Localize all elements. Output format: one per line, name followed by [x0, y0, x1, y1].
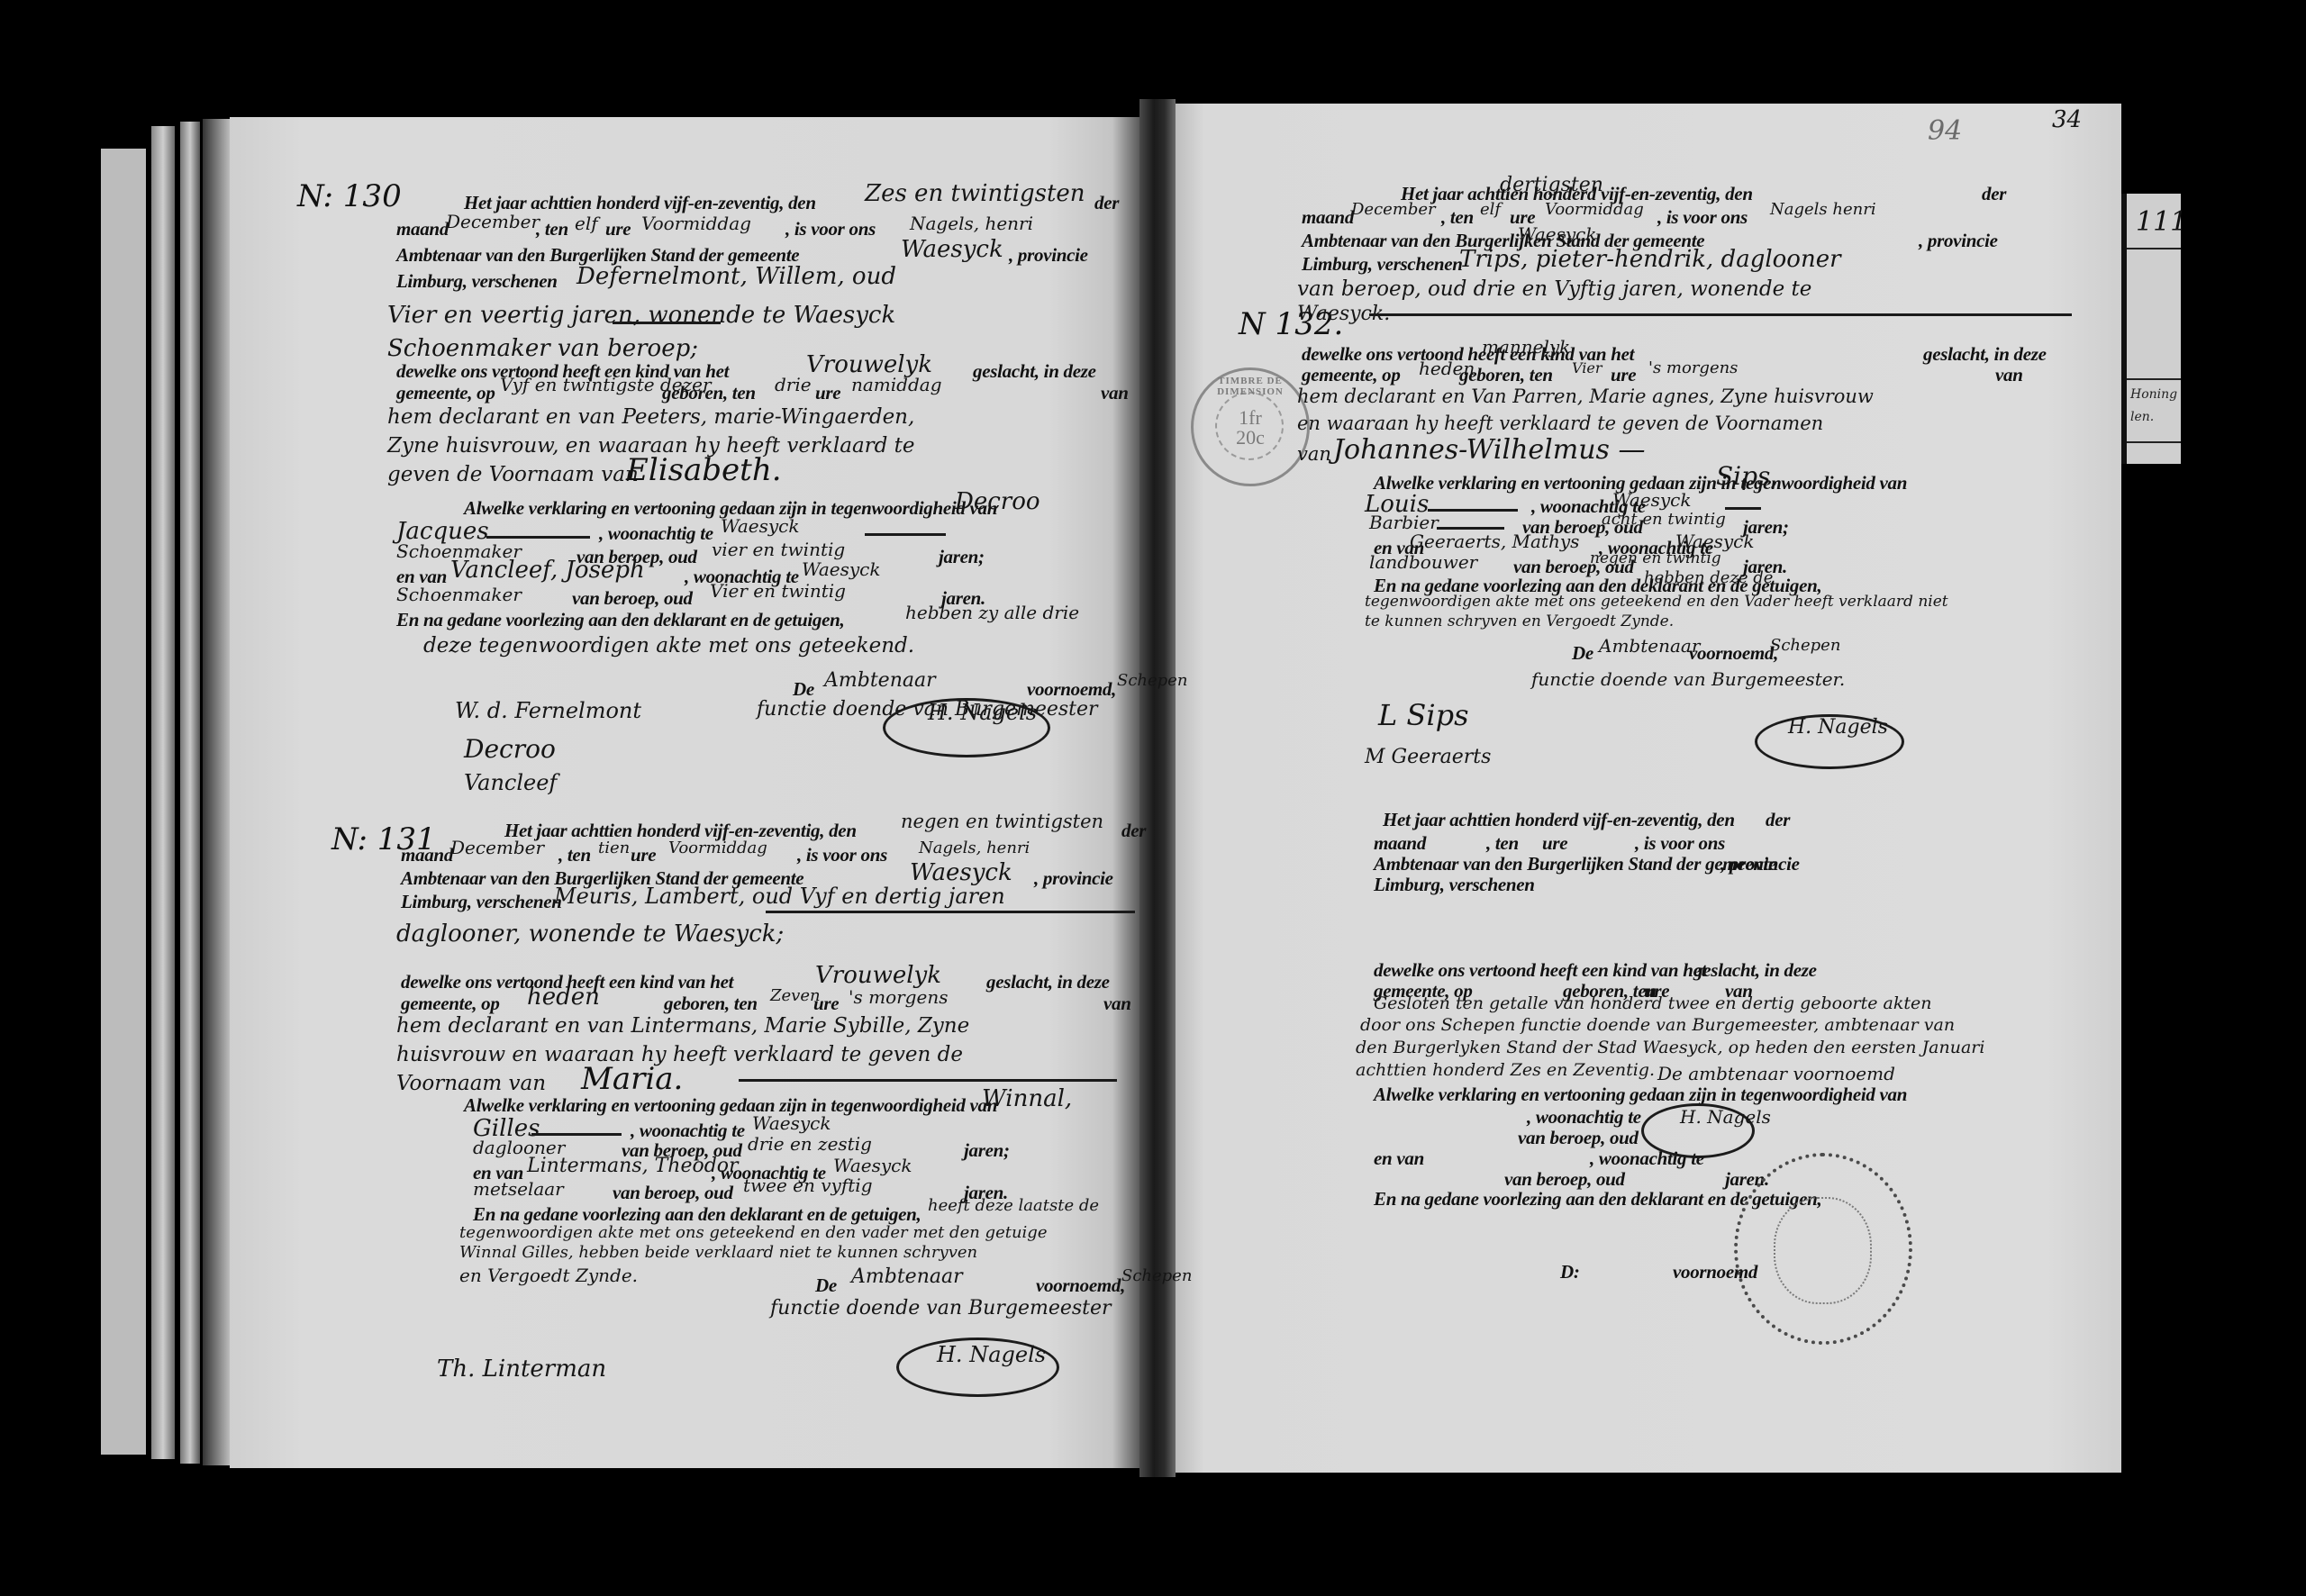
- form-text: ure: [631, 844, 656, 866]
- form-text: Limburg, verschenen: [1374, 874, 1535, 896]
- form-text: Ambtenaar van den Burgerlijken Stand der…: [1374, 853, 1776, 875]
- signature: Th. Linterman: [437, 1356, 606, 1383]
- duty-stamp-text: TIMBRE DE DIMENSION: [1201, 376, 1300, 397]
- record-parents: en waaraan hy heeft verklaard te geven d…: [1297, 413, 1823, 434]
- form-text: , is voor ons: [1657, 206, 1748, 229]
- form-text: jaren;: [939, 546, 985, 568]
- form-text: ure: [813, 993, 839, 1015]
- signature: M Geeraerts: [1365, 746, 1491, 768]
- municipal-seal: [1734, 1153, 1912, 1345]
- record-month: December: [446, 211, 540, 232]
- record-witness1-place: Waesyck: [721, 515, 799, 537]
- book-edge-strip: [151, 126, 175, 1459]
- record-witness2-occupation: Schoenmaker: [396, 584, 522, 605]
- record-witness2-age: twee en vyftig: [743, 1174, 873, 1196]
- form-text: voornoemd,: [1036, 1274, 1125, 1297]
- closing-note: den Burgerlyken Stand der Stad Waesyck, …: [1356, 1038, 1984, 1057]
- record-day: negen en twintigsten: [901, 811, 1103, 832]
- form-text: en van: [1374, 1147, 1424, 1170]
- form-text: , provincie: [1919, 230, 1998, 252]
- official-signature: H. Nagels: [1788, 716, 1888, 739]
- page-number: 34: [2052, 106, 2082, 133]
- form-text: maand: [396, 218, 449, 240]
- record-parents: hem declarant en van Lintermans, Marie S…: [396, 1014, 969, 1038]
- form-text: ure: [815, 382, 840, 404]
- closing-signature: H. Nagels: [1680, 1106, 1771, 1128]
- form-text: geslacht, in deze: [986, 971, 1110, 993]
- form-text: , is voor ons: [1635, 832, 1725, 855]
- record-official-title: Ambtenaar: [824, 669, 936, 692]
- record-witness1-place: Waesyck: [752, 1112, 831, 1134]
- record-municipality: Waesyck: [1518, 223, 1596, 245]
- record-time-of-day: Voormiddag: [668, 839, 767, 857]
- record-parents: hem declarant en Van Parren, Marie agnes…: [1297, 385, 1874, 407]
- record-witness2: Lintermans, Theodor: [527, 1155, 739, 1177]
- record-birth-time: namiddag: [851, 374, 942, 395]
- form-text: , is voor ons: [797, 844, 887, 866]
- form-text: , provincie: [1720, 853, 1800, 875]
- form-text: Alwelke verklaring en vertooning gedaan …: [1374, 1084, 1907, 1106]
- form-text: van: [1101, 382, 1129, 404]
- form-text: , ten: [536, 218, 568, 240]
- book-edge-strip: [180, 122, 200, 1464]
- closing-note: achttien honderd Zes en Zeventig.: [1356, 1060, 1655, 1080]
- form-text: gemeente, op: [396, 382, 495, 404]
- form-text: D:: [1560, 1261, 1580, 1283]
- form-text: der: [1766, 809, 1790, 831]
- form-text: van beroep, oud: [613, 1182, 733, 1204]
- form-text: gemeente, op: [401, 993, 500, 1015]
- official-signature: H. Nagels: [928, 700, 1037, 725]
- pencil-mark: 94: [1928, 115, 1962, 147]
- official-signature: H. Nagels: [937, 1342, 1046, 1367]
- duty-stamp-value: 20c: [1194, 428, 1307, 448]
- signature: W. d. Fernelmont: [455, 698, 641, 723]
- form-text: ure: [1611, 364, 1636, 386]
- form-text: Het jaar achttien honderd vijf-en-zevent…: [1383, 809, 1735, 831]
- record-closing: en Vergoedt Zynde.: [459, 1265, 638, 1286]
- duty-stamp-value: 1fr: [1194, 408, 1307, 428]
- record-witness1-age: acht en twintig: [1602, 510, 1726, 529]
- record-official: Nagels, henri: [910, 213, 1033, 234]
- record-closing: hebben deze de: [1644, 568, 1773, 587]
- record-official-title: Ambtenaar: [1599, 635, 1700, 657]
- record-day: Zes en twintigsten: [865, 180, 1085, 207]
- record-child-name: Maria.: [581, 1061, 683, 1097]
- record-time-of-day: Voormiddag: [1545, 200, 1644, 219]
- closing-note: door ons Schepen functie doende van Burg…: [1360, 1015, 1955, 1035]
- record-closing: heeft deze laatste de: [928, 1196, 1099, 1215]
- record-witness2-occupation: landbouwer: [1369, 551, 1477, 573]
- record-official-function: Schepen: [1117, 671, 1187, 690]
- record-child-name: Johannes-Wilhelmus —: [1333, 434, 1645, 466]
- form-text: der: [1121, 820, 1146, 842]
- record-declarant-line: van beroep, oud drie en Vyftig jaren, wo…: [1297, 277, 1811, 301]
- form-text: van beroep, oud: [572, 587, 693, 610]
- form-text: maand: [401, 844, 453, 866]
- record-day: dertigsten: [1500, 174, 1603, 196]
- record-declarant-line: Vier en veertig jaren, wonende te Waesyc…: [387, 302, 895, 329]
- form-text: ure: [605, 218, 631, 240]
- form-text: geslacht, in deze: [1693, 959, 1817, 982]
- form-text: dewelke ons vertoond heeft een kind van …: [1374, 959, 1706, 982]
- form-text: , ten: [1486, 832, 1519, 855]
- record-declarant: Meuris, Lambert, oud Vyf en dertig jaren: [554, 884, 1005, 909]
- record-witness2-age: Vier en twintig: [710, 580, 846, 602]
- form-text: geboren, ten: [662, 382, 756, 404]
- form-text: der: [1094, 192, 1119, 214]
- closing-note: Gesloten ten getalle van honderd twee en…: [1374, 993, 1932, 1013]
- record-closing: tegenwoordigen akte met ons geteekend en…: [1365, 593, 1948, 611]
- form-text: De: [815, 1274, 837, 1297]
- record-declarant: Trips, pieter-hendrik, daglooner: [1459, 246, 1841, 273]
- signature: Vancleef: [464, 770, 557, 795]
- record-closing: te kunnen schryven en Vergoedt Zynde.: [1365, 612, 1674, 630]
- signature: Decroo: [464, 734, 556, 764]
- record-witness1: Decroo: [955, 488, 1040, 515]
- form-text: geslacht, in deze: [1923, 343, 2047, 366]
- record-official-title: Ambtenaar: [851, 1265, 963, 1288]
- form-text: maand: [1374, 832, 1426, 855]
- record-parents: van: [1297, 443, 1331, 465]
- record-hour: tien: [598, 839, 630, 857]
- form-text: , is voor ons: [785, 218, 876, 240]
- record-witness2-place: Waesyck: [833, 1155, 912, 1176]
- form-text: , woonachtig te: [599, 522, 713, 545]
- form-text: voornoemd: [1673, 1261, 1757, 1283]
- form-text: , woonachtig te: [1527, 1106, 1641, 1129]
- form-text: van: [1995, 364, 2023, 386]
- form-text: ure: [1542, 832, 1567, 855]
- form-text: van: [1103, 993, 1131, 1015]
- record-official-function: Schepen: [1770, 636, 1840, 655]
- record-municipality: Waesyck: [910, 859, 1012, 886]
- record-official: Nagels, henri: [919, 839, 1030, 857]
- form-text: Alwelke verklaring en vertooning gedaan …: [464, 1094, 997, 1117]
- book-edge-strip: [203, 119, 230, 1465]
- record-month: December: [1351, 200, 1436, 219]
- record-witness1-place: Waesyck: [1612, 489, 1691, 511]
- record-official-function: functie doende van Burgemeester: [770, 1297, 1112, 1319]
- record-time-of-day: Voormiddag: [641, 213, 751, 234]
- form-text: , provincie: [1034, 867, 1113, 890]
- form-text: van beroep, oud: [1518, 1127, 1639, 1149]
- record-witness2: Vancleef, Joseph: [450, 557, 645, 584]
- record-official-function: Schepen: [1121, 1266, 1192, 1285]
- record-closing: Winnal Gilles, hebben beide verklaard ni…: [459, 1243, 977, 1262]
- form-text: jaren;: [964, 1139, 1010, 1162]
- record-witness1: Sips,: [1716, 461, 1778, 491]
- record-sex: mannelyk: [1482, 336, 1570, 358]
- form-text: , ten: [1441, 206, 1474, 229]
- record-parents: geven de Voornaam van: [387, 463, 639, 486]
- form-text: voornoemd,: [1689, 642, 1778, 665]
- record-closing: deze tegenwoordigen akte met ons geteeke…: [423, 634, 914, 657]
- record-witness2-age: negen en twintig: [1590, 549, 1721, 567]
- record-witness1: Winnal,: [982, 1085, 1072, 1112]
- record-official-function: functie doende van Burgemeester.: [1531, 668, 1845, 690]
- record-birth-time: 's morgens: [1648, 358, 1738, 377]
- form-text: , provincie: [1009, 244, 1088, 267]
- form-text: maand: [1302, 206, 1354, 229]
- duty-stamp: TIMBRE DE DIMENSION 1fr 20c: [1191, 367, 1310, 486]
- record-birth-date: heden: [527, 984, 600, 1011]
- form-text: De: [1572, 642, 1593, 665]
- record-hour: elf: [575, 213, 598, 234]
- form-text: Limburg, verschenen: [396, 270, 558, 293]
- index-tab: 111 Honing len.: [2121, 194, 2181, 464]
- record-sex: Vrouwelyk: [815, 962, 941, 989]
- record-number: N: 130: [297, 178, 402, 214]
- record-witness2: Geeraerts, Mathys: [1410, 530, 1579, 552]
- record-witness1-age: vier en twintig: [712, 539, 845, 560]
- record-birth-time: 's morgens: [849, 986, 948, 1008]
- record-declarant-line: Schoenmaker van beroep;: [387, 335, 698, 362]
- form-text: der: [1982, 183, 2006, 205]
- record-parents: hem declarant en van Peeters, marie-Wing…: [387, 405, 914, 429]
- record-birth-hour: drie: [775, 374, 812, 395]
- record-birth-hour: Vier: [1572, 359, 1602, 376]
- form-text: geboren, ten: [664, 993, 758, 1015]
- form-text: , ten: [558, 844, 591, 866]
- form-text: En na gedane voorlezing aan den deklaran…: [396, 609, 844, 631]
- record-month: December: [450, 837, 544, 858]
- record-witness2-occupation: metselaar: [473, 1178, 564, 1200]
- tab-number: 111: [2136, 206, 2187, 238]
- form-text: Limburg, verschenen: [1302, 253, 1463, 276]
- tab-text: len.: [2130, 410, 2154, 424]
- record-declarant-line: daglooner, wonende te Waesyck;: [396, 920, 784, 948]
- signature: L Sips: [1378, 698, 1468, 732]
- record-hour: elf: [1480, 200, 1501, 219]
- form-text: gemeente, op: [1302, 364, 1401, 386]
- record-official: Nagels henri: [1770, 200, 1876, 219]
- record-closing: tegenwoordigen akte met ons geteekend en…: [459, 1223, 1047, 1242]
- record-witness1-age: drie en zestig: [748, 1133, 872, 1155]
- record-child-name: Elisabeth.: [626, 452, 782, 488]
- record-parents: Voornaam van: [396, 1072, 546, 1095]
- record-closing: hebben zy alle drie: [905, 602, 1079, 623]
- tab-text: Honing: [2130, 387, 2177, 402]
- form-text: geboren, ten: [1459, 364, 1553, 386]
- record-declarant: Defernelmont, Willem, oud: [576, 263, 896, 290]
- record-witness2-place: Waesyck: [802, 558, 880, 580]
- book-edge-left: [101, 149, 146, 1455]
- closing-signature-title: De ambtenaar voornoemd: [1657, 1063, 1895, 1084]
- form-text: Limburg, verschenen: [401, 891, 562, 913]
- form-text: geslacht, in deze: [973, 360, 1096, 383]
- record-municipality: Waesyck: [901, 236, 1003, 263]
